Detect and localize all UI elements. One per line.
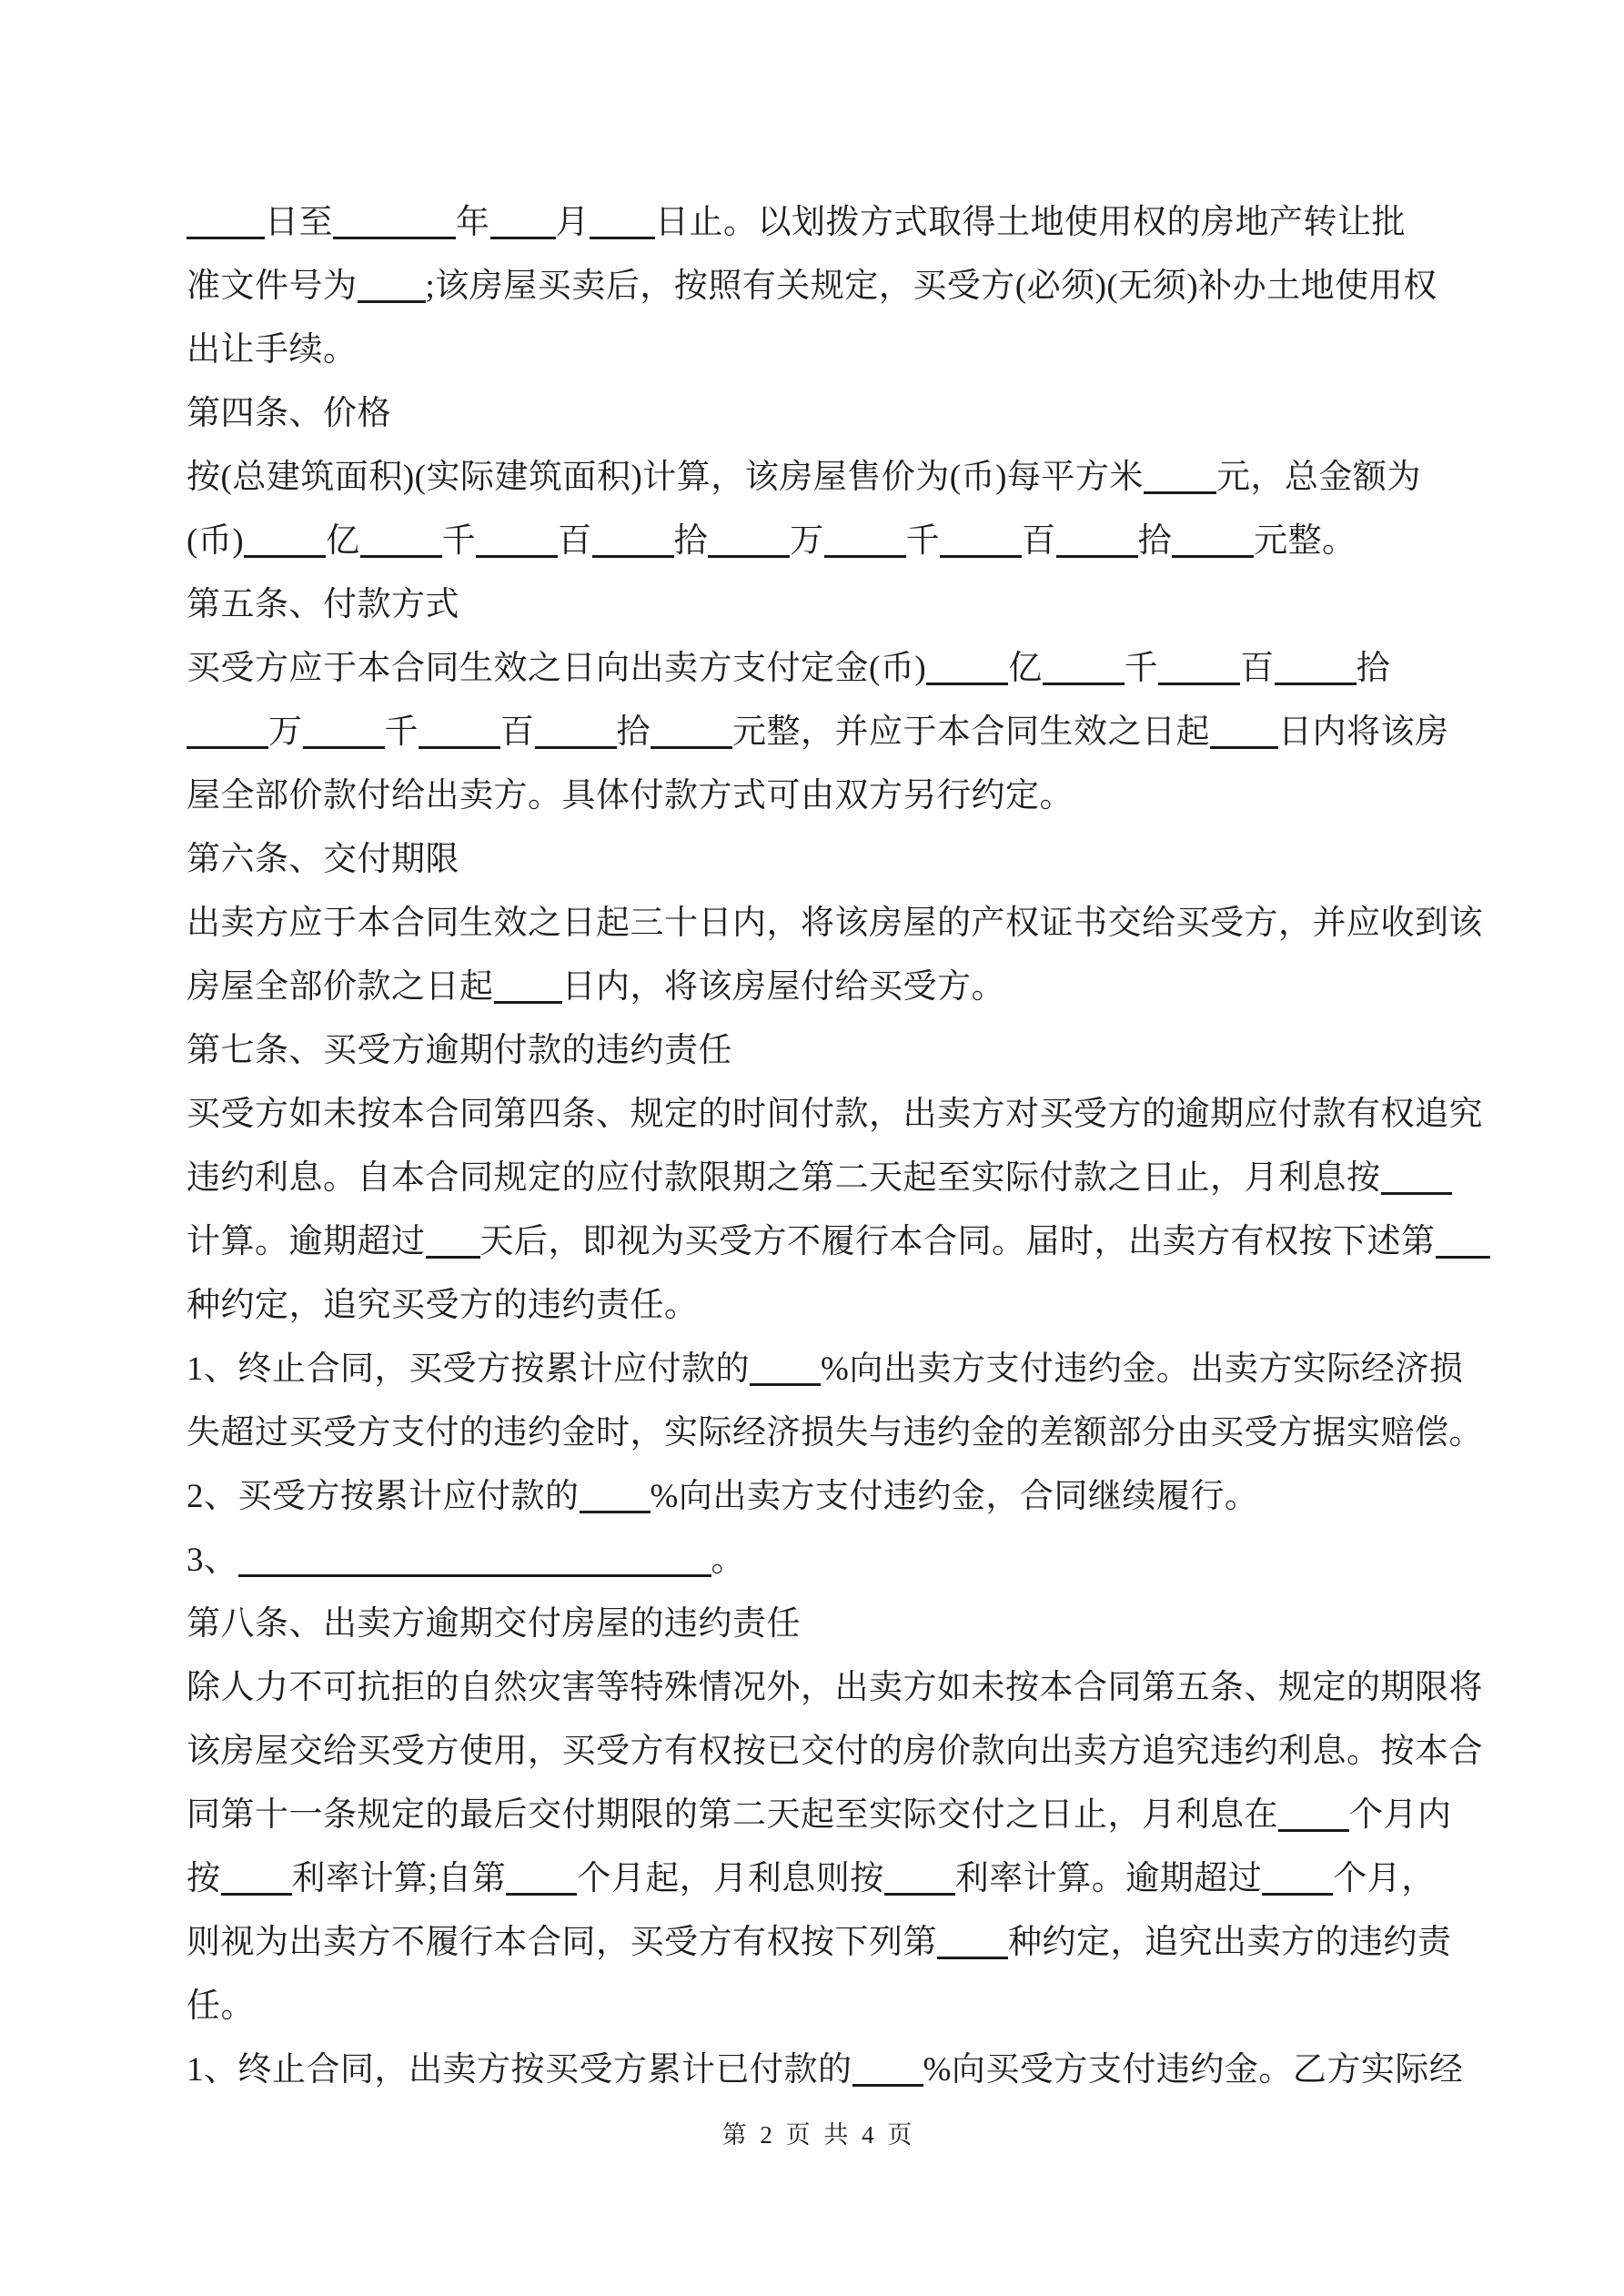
fill-in-blank (244, 550, 326, 558)
clause-6-heading: 第六条、交付期限 (187, 828, 1465, 892)
fill-in-blank (187, 741, 268, 749)
fill-in-blank (580, 1505, 651, 1513)
text-segment: 1、终止合同，买受方按累计应付款的 (187, 1350, 750, 1388)
clause-7-item-3: 3、。 (187, 1529, 1465, 1593)
text-segment: 元整。 (1254, 522, 1357, 560)
clause-6-body-line-2: 房屋全部价款之日起日内，将该房屋付给买受方。 (187, 956, 1465, 1019)
land-transfer-procedure-line: 出让手续。 (187, 319, 1465, 382)
text-segment: 万 (790, 522, 824, 560)
fill-in-blank (1043, 677, 1125, 685)
text-segment: 同第十一条规定的最后交付期限的第二天起至实际交付之日止，月利息在 (187, 1796, 1278, 1834)
fill-in-blank (852, 2079, 923, 2087)
text-segment: 。 (711, 1542, 746, 1579)
text-segment: 日止。以划拨方式取得土地使用权的房地产转让批 (655, 204, 1406, 241)
text-segment: 拾 (1357, 650, 1391, 687)
text-segment: 千 (906, 522, 941, 560)
clause-4-price-line-1: 按(总建筑面积)(实际建筑面积)计算，该房屋售价为(币)每平方米元，总金额为 (187, 446, 1465, 510)
text-segment: 元，总金额为 (1216, 459, 1421, 496)
clause-7-body-line-3: 计算。逾期超过天后，即视为买受方不履行本合同。届时，出卖方有权按下述第 (187, 1210, 1465, 1274)
text-segment: 房屋全部价款之日起 (187, 968, 494, 1006)
text-segment: 元整，并应于本合同生效之日起 (732, 713, 1210, 751)
text-segment: 买受方应于本合同生效之日向出卖方支付定金(币) (187, 650, 926, 687)
text-segment: 2、买受方按累计应付款的 (187, 1478, 580, 1515)
text-segment: 个月起，月利息则按 (577, 1860, 884, 1897)
text-segment: 按(总建筑面积)(实际建筑面积)计算，该房屋售价为(币)每平方米 (187, 459, 1144, 496)
clause-7-body-line-1: 买受方如未按本合同第四条、规定的时间付款，出卖方对买受方的逾期应付款有权追究 (187, 1083, 1465, 1147)
fill-in-blank (926, 677, 1008, 685)
text-segment: 种约定，追究出卖方的违约责 (1008, 1924, 1452, 1961)
text-segment: (币) (187, 522, 244, 560)
clause-8-body-line-5: 则视为出卖方不履行本合同，买受方有权按下列第种约定，追究出卖方的违约责 (187, 1911, 1465, 1975)
land-use-date-line: 日至年月日止。以划拨方式取得土地使用权的房地产转让批 (187, 191, 1465, 255)
fill-in-blank (419, 741, 500, 749)
fill-in-blank (592, 550, 674, 558)
clause-7-item-2: 2、买受方按累计应付款的%向出卖方支付违约金，合同继续履行。 (187, 1465, 1465, 1529)
text-segment: 则视为出卖方不履行本合同，买受方有权按下列第 (187, 1924, 937, 1961)
fill-in-blank (1275, 677, 1357, 685)
fill-in-blank (651, 741, 732, 749)
clause-8-item-1-line-1: 1、终止合同，出卖方按买受方累计已付款的%向买受方支付违约金。乙方实际经 (187, 2038, 1465, 2102)
text-segment: 第四条、价格 (187, 395, 391, 432)
text-segment: 拾 (617, 713, 651, 751)
text-segment: 亿 (1008, 650, 1043, 687)
text-segment: 屋全部价款付给出卖方。具体付款方式可由双方另行约定。 (187, 777, 1074, 814)
fill-in-blank (1262, 1887, 1333, 1896)
text-segment: 百 (500, 713, 535, 751)
clause-5-deposit-line-2: 万千百拾元整，并应于本合同生效之日起日内将该房 (187, 701, 1465, 764)
text-segment: %向出卖方支付违约金，合同继续履行。 (651, 1478, 1259, 1515)
text-segment: 第七条、买受方逾期付款的违约责任 (187, 1032, 732, 1069)
fill-in-blank (708, 550, 790, 558)
approval-doc-number-line: 准文件号为;该房屋买卖后，按照有关规定，买受方(必须)(无须)补办土地使用权 (187, 255, 1465, 319)
fill-in-blank (535, 741, 617, 749)
fill-in-blank (1436, 1250, 1490, 1259)
text-segment: 利率计算。逾期超过 (955, 1860, 1263, 1897)
text-segment: 百 (558, 522, 592, 560)
text-segment: 日至 (265, 204, 333, 241)
text-segment: 第八条、出卖方逾期交付房屋的违约责任 (187, 1605, 801, 1643)
text-segment: ;该房屋买卖后，按照有关规定，买受方(必须)(无须)补办土地使用权 (426, 268, 1437, 305)
fill-in-blank (940, 550, 1022, 558)
fill-in-blank (1172, 550, 1254, 558)
document-body: 日至年月日止。以划拨方式取得土地使用权的房地产转让批准文件号为;该房屋买卖后，按… (187, 191, 1465, 2102)
clause-8-body-line-6: 任。 (187, 1975, 1465, 2038)
fill-in-blank (937, 1951, 1008, 1959)
fill-in-blank (1056, 550, 1138, 558)
text-segment: 该房屋交给买受方使用，买受方有权按已交付的房价款向出卖方追究违约利息。按本合 (187, 1733, 1483, 1770)
clause-7-item-1-line-2: 失超过买受方支付的违约金时，实际经济损失与违约金的差额部分由买受方据实赔偿。 (187, 1401, 1465, 1465)
text-segment: 个月， (1333, 1860, 1436, 1897)
text-segment: 除人力不可抗拒的自然灾害等特殊情况外，出卖方如未按本合同第五条、规定的期限将 (187, 1669, 1483, 1706)
text-segment: 月 (556, 204, 590, 241)
fill-in-blank (360, 550, 442, 558)
clause-5-heading: 第五条、付款方式 (187, 573, 1465, 637)
fill-in-blank (426, 1250, 480, 1259)
text-segment: 千 (442, 522, 477, 560)
fill-in-blank (221, 1887, 292, 1896)
clause-7-body-line-4: 种约定，追究买受方的违约责任。 (187, 1274, 1465, 1338)
text-segment: 亿 (326, 522, 360, 560)
text-segment: 拾 (674, 522, 709, 560)
text-segment: 任。 (187, 1988, 255, 2025)
clause-4-heading: 第四条、价格 (187, 382, 1465, 446)
text-segment: 日内将该房 (1278, 713, 1449, 751)
text-segment: 第五条、付款方式 (187, 586, 459, 623)
fill-in-blank (333, 231, 456, 239)
clause-8-body-line-1: 除人力不可抗拒的自然灾害等特殊情况外，出卖方如未按本合同第五条、规定的期限将 (187, 1656, 1465, 1720)
fill-in-blank (506, 1887, 577, 1896)
clause-7-item-1-line-1: 1、终止合同，买受方按累计应付款的%向出卖方支付违约金。出卖方实际经济损 (187, 1338, 1465, 1401)
text-segment: 准文件号为 (187, 268, 358, 305)
clause-5-deposit-line-1: 买受方应于本合同生效之日向出卖方支付定金(币)亿千百拾 (187, 637, 1465, 701)
clause-8-body-line-3: 同第十一条规定的最后交付期限的第二天起至实际交付之日止，月利息在个月内 (187, 1784, 1465, 1847)
fill-in-blank (494, 996, 562, 1004)
fill-in-blank (476, 550, 558, 558)
clause-8-body-line-2: 该房屋交给买受方使用，买受方有权按已交付的房价款向出卖方追究违约利息。按本合 (187, 1720, 1465, 1784)
text-segment: 年 (456, 204, 490, 241)
text-segment: 出卖方应于本合同生效之日起三十日内，将该房屋的产权证书交给买受方，并应收到该 (187, 905, 1483, 942)
fill-in-blank (824, 550, 906, 558)
fill-in-blank (590, 231, 655, 239)
clause-7-body-line-2: 违约利息。自本合同规定的应付款限期之第二天起至实际付款之日止，月利息按 (187, 1147, 1465, 1210)
fill-in-blank (490, 231, 556, 239)
fill-in-blank (238, 1569, 711, 1577)
text-segment: %向出卖方支付违约金。出卖方实际经济损 (821, 1350, 1463, 1388)
text-segment: 万 (268, 713, 303, 751)
text-segment: 百 (1240, 650, 1275, 687)
text-segment: 百 (1022, 522, 1056, 560)
text-segment: 日内，将该房屋付给买受方。 (562, 968, 1006, 1006)
fill-in-blank (1278, 1824, 1349, 1832)
text-segment: 失超过买受方支付的违约金时，实际经济损失与违约金的差额部分由买受方据实赔偿。 (187, 1414, 1483, 1451)
text-segment: 出让手续。 (187, 331, 358, 369)
fill-in-blank (1158, 677, 1240, 685)
fill-in-blank (358, 295, 426, 303)
text-segment: 违约利息。自本合同规定的应付款限期之第二天起至实际付款之日止，月利息按 (187, 1159, 1381, 1197)
fill-in-blank (1144, 486, 1216, 494)
text-segment: 计算。逾期超过 (187, 1223, 426, 1260)
text-segment: 买受方如未按本合同第四条、规定的时间付款，出卖方对买受方的逾期应付款有权追究 (187, 1096, 1483, 1133)
text-segment: 第六条、交付期限 (187, 841, 459, 878)
text-segment: 个月内 (1349, 1796, 1452, 1834)
text-segment: %向买受方支付违约金。乙方实际经 (923, 2051, 1464, 2089)
clause-5-deposit-line-3: 屋全部价款付给出卖方。具体付款方式可由双方另行约定。 (187, 764, 1465, 828)
fill-in-blank (187, 231, 265, 239)
contract-page: 日至年月日止。以划拨方式取得土地使用权的房地产转让批准文件号为;该房屋买卖后，按… (0, 0, 1624, 2296)
fill-in-blank (303, 741, 385, 749)
clause-6-body-line-1: 出卖方应于本合同生效之日起三十日内，将该房屋的产权证书交给买受方，并应收到该 (187, 892, 1465, 956)
fill-in-blank (750, 1378, 821, 1386)
text-segment: 利率计算;自第 (292, 1860, 507, 1897)
text-segment: 千 (385, 713, 419, 751)
text-segment: 3、 (187, 1542, 238, 1579)
fill-in-blank (1210, 741, 1278, 749)
text-segment: 拾 (1138, 522, 1173, 560)
text-segment: 种约定，追究买受方的违约责任。 (187, 1287, 699, 1324)
text-segment: 按 (187, 1860, 221, 1897)
fill-in-blank (1381, 1187, 1452, 1195)
clause-8-body-line-4: 按利率计算;自第个月起，月利息则按利率计算。逾期超过个月， (187, 1847, 1465, 1911)
clause-8-heading: 第八条、出卖方逾期交付房屋的违约责任 (187, 1593, 1465, 1656)
page-number-footer: 第 2 页 共 4 页 (173, 2117, 1465, 2153)
text-segment: 千 (1125, 650, 1159, 687)
fill-in-blank (884, 1887, 955, 1896)
text-segment: 1、终止合同，出卖方按买受方累计已付款的 (187, 2051, 852, 2089)
clause-7-heading: 第七条、买受方逾期付款的违约责任 (187, 1019, 1465, 1083)
text-segment: 天后，即视为买受方不履行本合同。届时，出卖方有权按下述第 (480, 1223, 1436, 1260)
clause-4-price-line-2: (币)亿千百拾万千百拾元整。 (187, 510, 1465, 573)
